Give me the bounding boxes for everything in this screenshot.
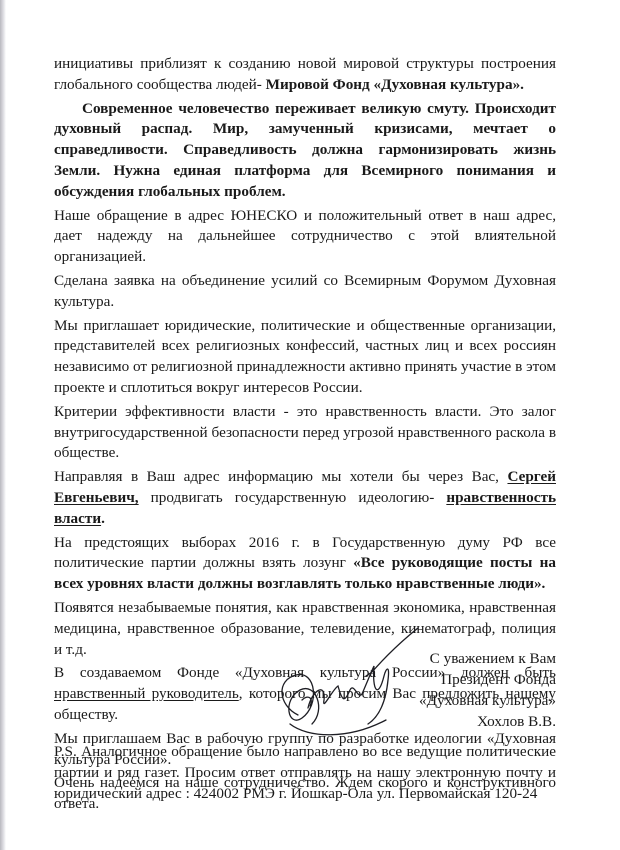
signoff-block: С уважением к Вам Президент Фонда «Духов… xyxy=(419,648,556,732)
text-segment: Направляя в Ваш адрес информацию мы хоте… xyxy=(54,468,507,485)
text-segment: Сделана заявка на объединение усилий со … xyxy=(54,272,556,310)
signer-organization: «Духовная культура» xyxy=(419,690,556,711)
paragraph: Критерии эффективности власти - это нрав… xyxy=(54,402,556,464)
postscript: P.S. Аналогичное обращение было направле… xyxy=(54,741,556,804)
closing-phrase: С уважением к Вам xyxy=(419,648,556,669)
paragraph: Наше обращение в адрес ЮНЕСКО и положите… xyxy=(54,206,556,268)
text-segment: Мировой Фонд «Духовная культура». xyxy=(266,76,524,93)
handwritten-signature-icon xyxy=(268,620,438,745)
paragraph: Мы приглашает юридические, политические … xyxy=(54,316,556,399)
signer-name: Хохлов В.В. xyxy=(419,711,556,732)
text-segment: продвигать государственную идеологию- xyxy=(139,489,447,506)
paragraph: инициативы приблизят к созданию новой ми… xyxy=(54,54,556,96)
text-segment: . xyxy=(101,510,105,527)
text-segment: Критерии эффективности власти - это нрав… xyxy=(54,403,556,462)
text-segment: Мы приглашает юридические, политические … xyxy=(54,317,556,396)
text-segment: Наше обращение в адрес ЮНЕСКО и положите… xyxy=(54,207,556,266)
paragraph: Направляя в Ваш адрес информацию мы хоте… xyxy=(54,467,556,529)
text-segment: Современное человечество переживает вели… xyxy=(54,100,556,200)
paragraph: На предстоящих выборах 2016 г. в Государ… xyxy=(54,533,556,595)
text-segment: нравственный руководитель xyxy=(54,685,239,702)
paragraph: Современное человечество переживает вели… xyxy=(54,99,556,203)
signer-title: Президент Фонда xyxy=(419,669,556,690)
paragraph: Сделана заявка на объединение усилий со … xyxy=(54,271,556,313)
scan-edge-shadow xyxy=(0,0,6,850)
